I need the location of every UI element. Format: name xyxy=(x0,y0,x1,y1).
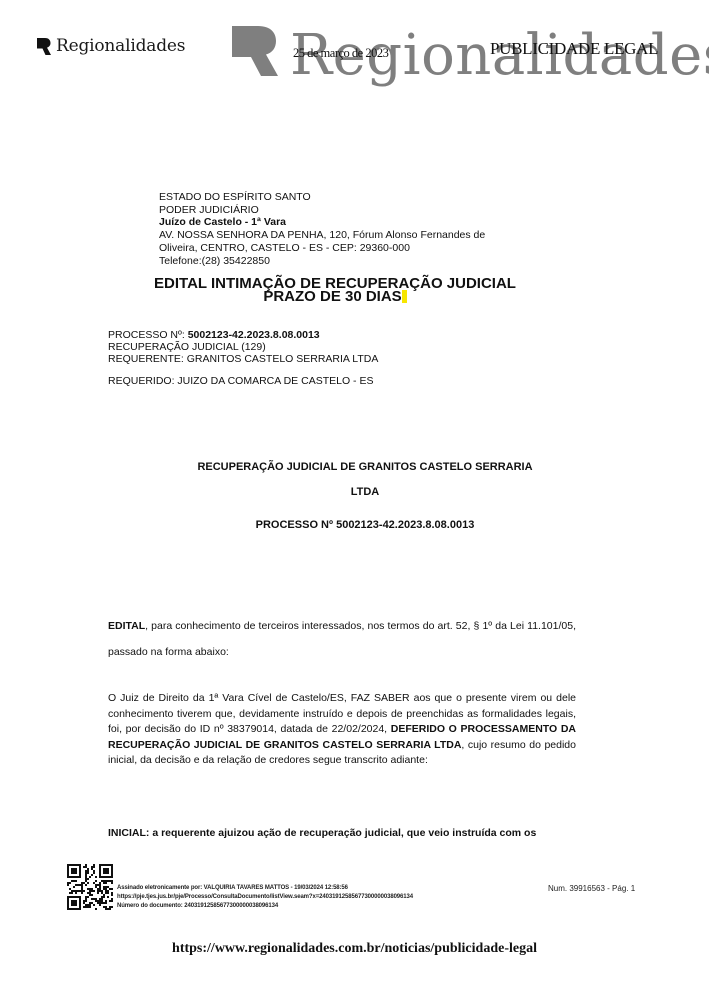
publication-date: 25 de março de 2023 xyxy=(293,46,388,61)
page-info: Num. 39916563 - Pág. 1 xyxy=(548,884,635,893)
court-address-1: AV. NOSSA SENHORA DA PENHA, 120, Fórum A… xyxy=(159,229,485,242)
paragraph-edital: EDITAL, para conhecimento de terceiros i… xyxy=(108,613,576,665)
court-state: ESTADO DO ESPÍRITO SANTO xyxy=(159,191,485,204)
brand-name-small: Regionalidades xyxy=(56,38,185,55)
court-header: ESTADO DO ESPÍRITO SANTO PODER JUDICIÁRI… xyxy=(159,191,485,267)
signed-by: Assinado eletronicamente por: VALQUIRIA … xyxy=(117,884,413,893)
electronic-signature: Assinado eletronicamente por: VALQUIRIA … xyxy=(117,884,413,912)
source-link[interactable]: https://www.regionalidades.com.br/notici… xyxy=(0,941,709,957)
verification-url[interactable]: https://pje.tjes.jus.br/pje/Processo/Con… xyxy=(117,893,413,902)
court-address-2: Oliveira, CENTRO, CASTELO - ES - CEP: 29… xyxy=(159,242,485,255)
court-name: Juízo de Castelo - 1ª Vara xyxy=(159,216,485,229)
qr-code-icon[interactable] xyxy=(67,864,113,910)
court-phone: Telefone:(28) 35422850 xyxy=(159,255,485,268)
case-class: RECUPERAÇÃO JUDICIAL (129) xyxy=(108,341,378,353)
text-highlight-marker xyxy=(402,290,407,303)
case-number: PROCESSO Nº: 5002123-42.2023.8.08.0013 xyxy=(108,329,378,341)
case-plaintiff: REQUERENTE: GRANITOS CASTELO SERRARIA LT… xyxy=(108,353,378,365)
r-logo-icon xyxy=(232,26,278,76)
heading-process-number: PROCESSO Nº 5002123-42.2023.8.08.0013 xyxy=(170,519,560,531)
paragraph-inicial: INICIAL: a requerente ajuizou ação de re… xyxy=(108,826,576,840)
paragraph-faz-saber: O Juiz de Direito da 1ª Vara Cível de Ca… xyxy=(108,691,576,769)
heading-line-1: RECUPERAÇÃO JUDICIAL DE GRANITOS CASTELO… xyxy=(170,461,560,473)
heading-line-2: LTDA xyxy=(170,486,560,498)
document-title: EDITAL INTIMAÇÃO DE RECUPERAÇÃO JUDICIAL… xyxy=(130,278,540,303)
r-logo-icon xyxy=(37,38,51,55)
regionalidades-logo-small[interactable]: Regionalidades xyxy=(37,38,185,55)
document-number: Número do documento: 2403191258567730000… xyxy=(117,902,413,911)
case-defendant: REQUERIDO: JUIZO DA COMARCA DE CASTELO -… xyxy=(108,375,378,387)
section-label: PUBLICIDADE LEGAL xyxy=(490,39,658,59)
case-metadata: PROCESSO Nº: 5002123-42.2023.8.08.0013 R… xyxy=(108,329,378,387)
court-power: PODER JUDICIÁRIO xyxy=(159,204,485,217)
